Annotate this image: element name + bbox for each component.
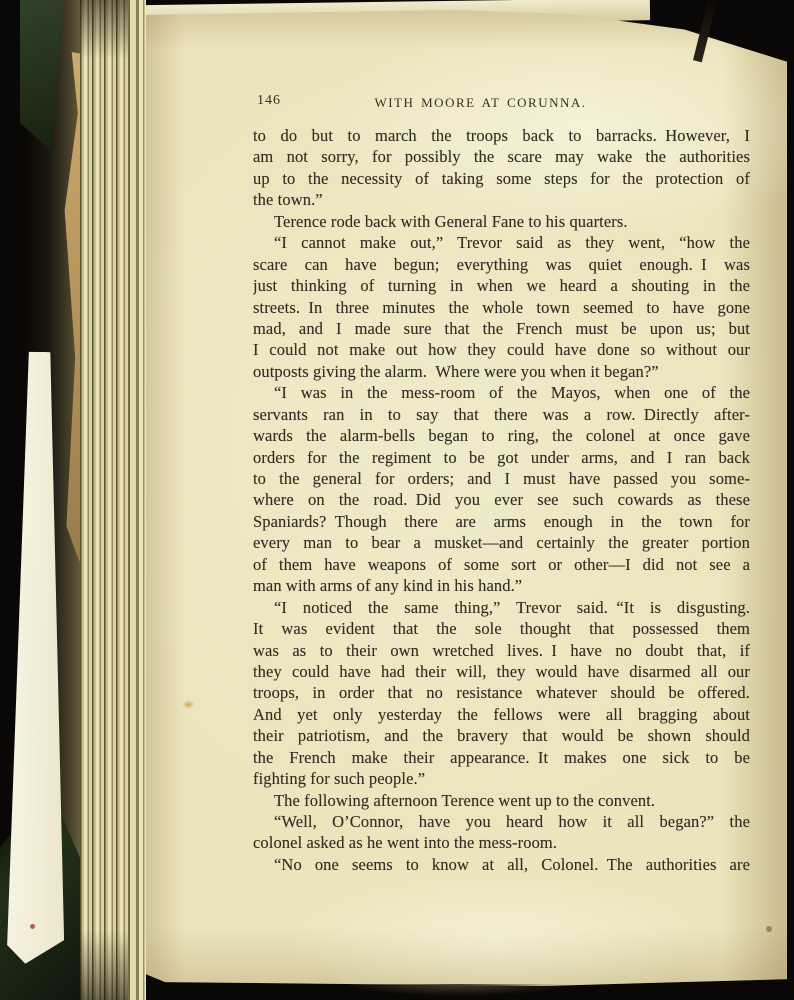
red-speck (30, 924, 35, 929)
text-line: just thinking of turning in when we hear… (253, 275, 750, 296)
foxing-spot (182, 700, 195, 709)
text-line: The following afternoon Terence went up … (253, 790, 750, 811)
text-line: colonel asked as he went into the mess-r… (253, 832, 750, 853)
text-line: fighting for such people.” (253, 768, 750, 789)
text-line: of them have weapons of some sort or oth… (253, 554, 750, 575)
text-line: “I noticed the same thing,” Trevor said.… (253, 597, 750, 618)
text-line: troops, in order that no resistance what… (253, 682, 750, 703)
text-line: streets. In three minutes the whole town… (253, 297, 750, 318)
stacked-page-edges-inner (128, 0, 146, 1000)
text-line: to the general for orders; and I must ha… (253, 468, 750, 489)
text-line: “No one seems to know at all, Colonel. T… (253, 854, 750, 875)
text-line: every man to bear a musket—and certainly… (253, 532, 750, 553)
text-line: “Well, O’Connor, have you heard how it a… (253, 811, 750, 832)
text-line: the French make their appearance. It mak… (253, 747, 750, 768)
text-block: to do but to march the troops back to ba… (253, 125, 750, 875)
text-line: wards the alarm-bells began to ring, the… (253, 425, 750, 446)
text-line: Spaniards? Though there are arms enough … (253, 511, 750, 532)
text-line: And yet only yesterday the fellows were … (253, 704, 750, 725)
text-line: their patriotism, and the bravery that w… (253, 725, 750, 746)
text-line: the town.” (253, 189, 750, 210)
text-line: orders for the regiment to be got under … (253, 447, 750, 468)
page-number: 146 (257, 93, 281, 109)
text-line: scare can have begun; everything was qui… (253, 254, 750, 275)
text-line: outposts giving the alarm. Where were yo… (253, 361, 750, 382)
book-photo: WITH MOORE AT CORUNNA. 146 to do but to … (0, 0, 794, 1000)
text-line: am not sorry, for possibly the scare may… (253, 146, 750, 167)
text-line: mad, and I made sure that the French mus… (253, 318, 750, 339)
ink-speck (766, 926, 772, 932)
text-line: where on the road. Did you ever see such… (253, 489, 750, 510)
text-line: up to the necessity of taking some steps… (253, 168, 750, 189)
desk-edge-shadow (345, 984, 570, 996)
text-line: man with arms of any kind in his hand.” (253, 575, 750, 596)
text-line: to do but to march the troops back to ba… (253, 125, 750, 146)
text-line: servants ran in to say that there was a … (253, 404, 750, 425)
page-header: WITH MOORE AT CORUNNA. 146 (253, 93, 750, 115)
running-title: WITH MOORE AT CORUNNA. (253, 95, 708, 111)
text-line: I could not make out how they could have… (253, 339, 750, 360)
text-line: It was evident that the sole thought tha… (253, 618, 750, 639)
text-line: was as to their own wretched lives. I ha… (253, 640, 750, 661)
text-line: “I cannot make out,” Trevor said as they… (253, 232, 750, 253)
text-line: Terence rode back with General Fane to h… (253, 211, 750, 232)
text-line: “I was in the mess-room of the Mayos, wh… (253, 382, 750, 403)
stacked-page-edges (80, 0, 128, 1000)
text-line: they could have had their will, they wou… (253, 661, 750, 682)
book-page: WITH MOORE AT CORUNNA. 146 to do but to … (146, 10, 787, 986)
